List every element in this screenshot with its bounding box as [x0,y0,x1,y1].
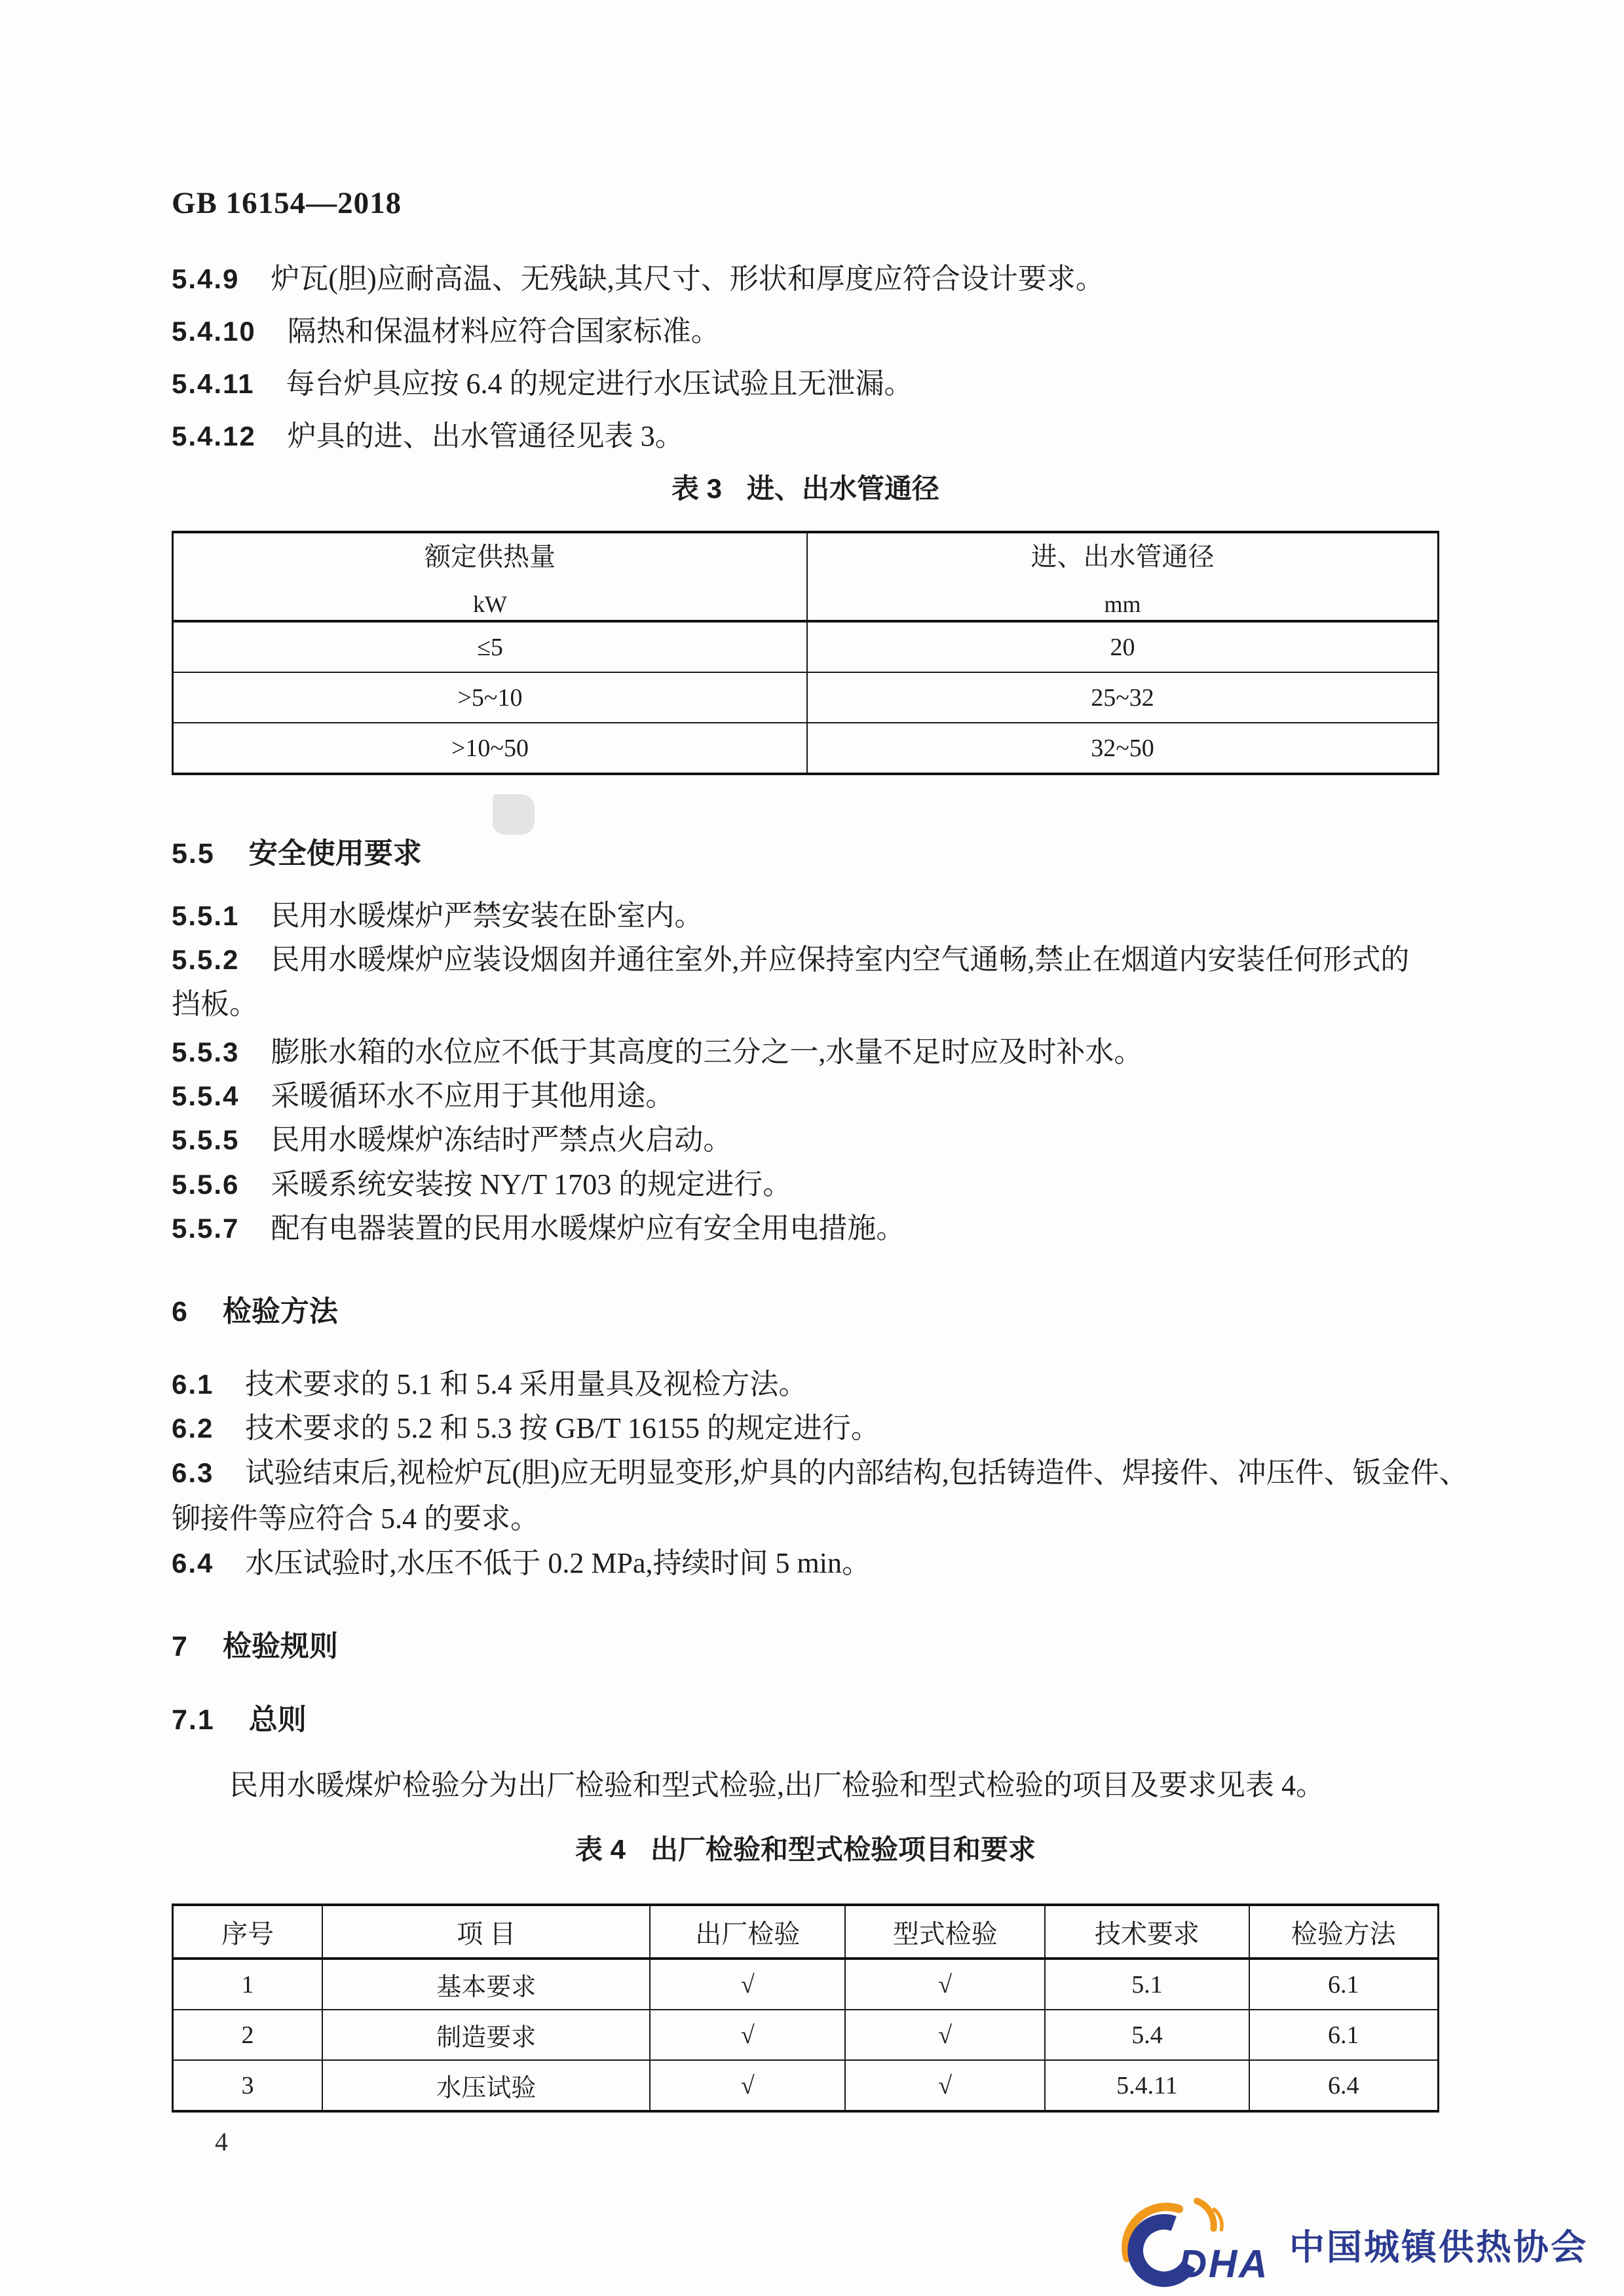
table3-cell: 20 [807,621,1439,672]
table4-header-cell: 检验方法 [1249,1905,1439,1959]
heading-6: 6检验方法 [172,1288,338,1330]
table4-cell: 6.4 [1249,2060,1439,2111]
table4: 序号 项 目 出厂检验 型式检验 技术要求 检验方法 1 基本要求 √ √ 5.… [172,1904,1439,2113]
table3: 额定供热量 kW 进、出水管通径 mm ≤5 20 >5~10 25~32 >1… [172,531,1439,775]
orange-wave-arc-large [1197,2201,1214,2229]
clause-number: 5.5.7 [172,1213,239,1244]
heading-5-5: 5.5安全使用要求 [172,830,422,871]
heading-number: 5.5 [172,838,215,870]
table4-title: 表 4出厂检验和型式检验项目和要求 [172,1828,1439,1867]
clause-text: 采暖循环水不应用于其他用途。 [271,1080,674,1112]
clause-text: 挡板。 [172,988,258,1020]
scan-smudge-artifact [493,794,535,835]
clause-number: 5.5.4 [172,1081,239,1111]
table4-cell: 2 [173,2010,323,2060]
table3-row: >5~10 25~32 [173,672,1439,723]
clause-number: 5.5.1 [172,900,239,931]
clause-6-3: 6.3试验结束后,视检炉瓦(胆)应无明显变形,炉具的内部结构,包括铸造件、焊接件… [172,1455,1468,1491]
table4-row: 2 制造要求 √ √ 5.4 6.1 [173,2010,1439,2060]
clause-number: 5.4.11 [172,368,254,399]
table4-header-cell: 技术要求 [1045,1905,1249,1959]
clause-text: 炉具的进、出水管通径见表 3。 [288,420,684,452]
clause-5-5-7: 5.5.7配有电器装置的民用水暖煤炉应有安全用电措施。 [172,1210,905,1246]
clause-text: 技术要求的 5.2 和 5.3 按 GB/T 16155 的规定进行。 [245,1412,879,1444]
table4-cell: 1 [173,1959,323,2010]
clause-number: 5.4.9 [172,263,239,294]
table3-row: >10~50 32~50 [173,723,1439,774]
table4-label: 表 4 [575,1834,626,1865]
clause-text: 每台炉具应按 6.4 的规定进行水压试验且无泄漏。 [286,368,913,400]
clause-5-4-10: 5.4.10隔热和保温材料应符合国家标准。 [172,313,720,349]
table4-row: 1 基本要求 √ √ 5.1 6.1 [173,1959,1439,2010]
clause-number: 5.5.5 [172,1124,239,1155]
clause-5-5-2-continuation: 挡板。 [172,986,258,1022]
clause-5-5-5: 5.5.5民用水暖煤炉冻结时严禁点火启动。 [172,1122,732,1158]
table4-cell-checkmark: √ [845,2060,1045,2111]
table3-cell: >10~50 [173,723,808,774]
logo-chinese-name: 中国城镇供热协会 [1289,2219,1588,2270]
clause-text: 铆接件等应符合 5.4 的要求。 [172,1502,539,1535]
clause-number: 6.2 [172,1413,214,1444]
page-number: 4 [215,2126,228,2157]
heading-title: 检验规则 [223,1630,338,1662]
clause-text: 试验结束后,视检炉瓦(胆)应无明显变形,炉具的内部结构,包括铸造件、焊接件、冲压… [245,1457,1467,1489]
table3-header-unit: mm [808,590,1437,618]
clause-number: 5.5.3 [172,1037,239,1067]
table4-cell: 水压试验 [322,2060,650,2111]
clause-5-5-3: 5.5.3膨胀水箱的水位应不低于其高度的三分之一,水量不足时应及时补水。 [172,1034,1142,1070]
cdha-logo-mark: DHA [1116,2194,1277,2295]
clause-5-5-2: 5.5.2民用水暖煤炉应装设烟囱并通往室外,并应保持室内空气通畅,禁止在烟道内安… [172,942,1409,978]
table3-header-row: 额定供热量 kW 进、出水管通径 mm [173,532,1439,621]
standard-code-header: GB 16154—2018 [172,185,402,221]
table3-cell: ≤5 [173,621,808,672]
clause-6-2: 6.2技术要求的 5.2 和 5.3 按 GB/T 16155 的规定进行。 [172,1410,880,1446]
paragraph-7-1: 民用水暖煤炉检验分为出厂检验和型式检验,出厂检验和型式检验的项目及要求见表 4。 [172,1761,1325,1803]
clause-5-5-1: 5.5.1民用水暖煤炉严禁安装在卧室内。 [172,898,703,934]
table4-header-cell: 型式检验 [845,1905,1045,1959]
clause-text: 民用水暖煤炉冻结时严禁点火启动。 [271,1124,732,1156]
table4-cell-checkmark: √ [845,2010,1045,2060]
heading-title: 检验方法 [223,1295,338,1328]
clause-text: 民用水暖煤炉严禁安装在卧室内。 [271,900,703,932]
clause-number: 5.5.6 [172,1169,239,1200]
table4-cell-checkmark: √ [650,2010,845,2060]
heading-title: 总则 [249,1704,307,1736]
table3-title: 表 3进、出水管通径 [172,467,1439,507]
clause-number: 5.4.10 [172,316,256,347]
clause-text: 膨胀水箱的水位应不低于其高度的三分之一,水量不足时应及时补水。 [271,1036,1142,1068]
clause-number: 6.3 [172,1457,214,1488]
table3-header-unit: kW [174,590,806,618]
cdha-logo: DHA 中国城镇供热协会 [1116,2194,1588,2295]
heading-title: 安全使用要求 [249,837,422,870]
clause-6-3-continuation: 铆接件等应符合 5.4 的要求。 [172,1501,539,1537]
table3-header-cell: 进、出水管通径 mm [807,532,1439,621]
table4-cell: 制造要求 [322,2010,650,2060]
table3-title-text: 进、出水管通径 [747,473,939,504]
clause-text: 隔热和保温材料应符合国家标准。 [288,315,720,347]
table4-title-text: 出厂检验和型式检验项目和要求 [651,1834,1036,1865]
clause-5-5-6: 5.5.6采暖系统安装按 NY/T 1703 的规定进行。 [172,1166,791,1202]
heading-number: 7.1 [172,1704,215,1736]
table3-row: ≤5 20 [173,621,1439,672]
table4-cell: 基本要求 [322,1959,650,2010]
table4-cell: 6.1 [1249,2010,1439,2060]
table4-header-row: 序号 项 目 出厂检验 型式检验 技术要求 检验方法 [173,1905,1439,1959]
clause-5-5-4: 5.5.4采暖循环水不应用于其他用途。 [172,1078,674,1114]
table3-header-line1: 额定供热量 [174,536,806,573]
document-page: GB 16154—2018 5.4.9炉瓦(胆)应耐高温、无残缺,其尺寸、形状和… [0,0,1624,2296]
table4-cell-checkmark: √ [650,1959,845,2010]
heading-number: 6 [172,1296,189,1328]
clause-text: 民用水暖煤炉应装设烟囱并通往室外,并应保持室内空气通畅,禁止在烟道内安装任何形式… [271,944,1409,976]
heading-number: 7 [172,1631,189,1662]
table4-row: 3 水压试验 √ √ 5.4.11 6.4 [173,2060,1439,2111]
table4-header-cell: 序号 [173,1905,323,1959]
clause-5-4-11: 5.4.11每台炉具应按 6.4 的规定进行水压试验且无泄漏。 [172,366,913,402]
clause-number: 6.4 [172,1548,214,1578]
clause-text: 采暖系统安装按 NY/T 1703 的规定进行。 [271,1168,791,1200]
clause-6-4: 6.4水压试验时,水压不低于 0.2 MPa,持续时间 5 min。 [172,1545,871,1581]
clause-number: 6.1 [172,1369,214,1400]
table4-cell-checkmark: √ [845,1959,1045,2010]
clause-text: 水压试验时,水压不低于 0.2 MPa,持续时间 5 min。 [245,1547,871,1579]
table4-header-cell: 出厂检验 [650,1905,845,1959]
logo-latin-text: DHA [1179,2242,1269,2286]
table4-cell-checkmark: √ [650,2060,845,2111]
table4-cell: 5.4.11 [1045,2060,1249,2111]
table4-header-cell: 项 目 [322,1905,650,1959]
clause-text: 技术要求的 5.1 和 5.4 采用量具及视检方法。 [245,1368,807,1400]
clause-number: 5.4.12 [172,421,256,451]
heading-7-1: 7.1总则 [172,1696,307,1738]
table4-cell: 6.1 [1249,1959,1439,2010]
heading-7: 7检验规则 [172,1622,338,1664]
table4-cell: 5.4 [1045,2010,1249,2060]
clause-text: 炉瓦(胆)应耐高温、无残缺,其尺寸、形状和厚度应符合设计要求。 [271,263,1104,295]
table3-header-cell: 额定供热量 kW [173,532,808,621]
table4-cell: 5.1 [1045,1959,1249,2010]
table3-cell: >5~10 [173,672,808,723]
clause-text: 配有电器装置的民用水暖煤炉应有安全用电措施。 [271,1212,905,1244]
clause-5-4-9: 5.4.9炉瓦(胆)应耐高温、无残缺,其尺寸、形状和厚度应符合设计要求。 [172,261,1105,297]
table3-cell: 32~50 [807,723,1439,774]
clause-5-4-12: 5.4.12炉具的进、出水管通径见表 3。 [172,418,684,454]
table4-cell: 3 [173,2060,323,2111]
table3-label: 表 3 [671,473,722,504]
clause-6-1: 6.1技术要求的 5.1 和 5.4 采用量具及视检方法。 [172,1366,807,1402]
table3-cell: 25~32 [807,672,1439,723]
clause-number: 5.5.2 [172,944,239,975]
table3-header-line1: 进、出水管通径 [808,536,1437,573]
